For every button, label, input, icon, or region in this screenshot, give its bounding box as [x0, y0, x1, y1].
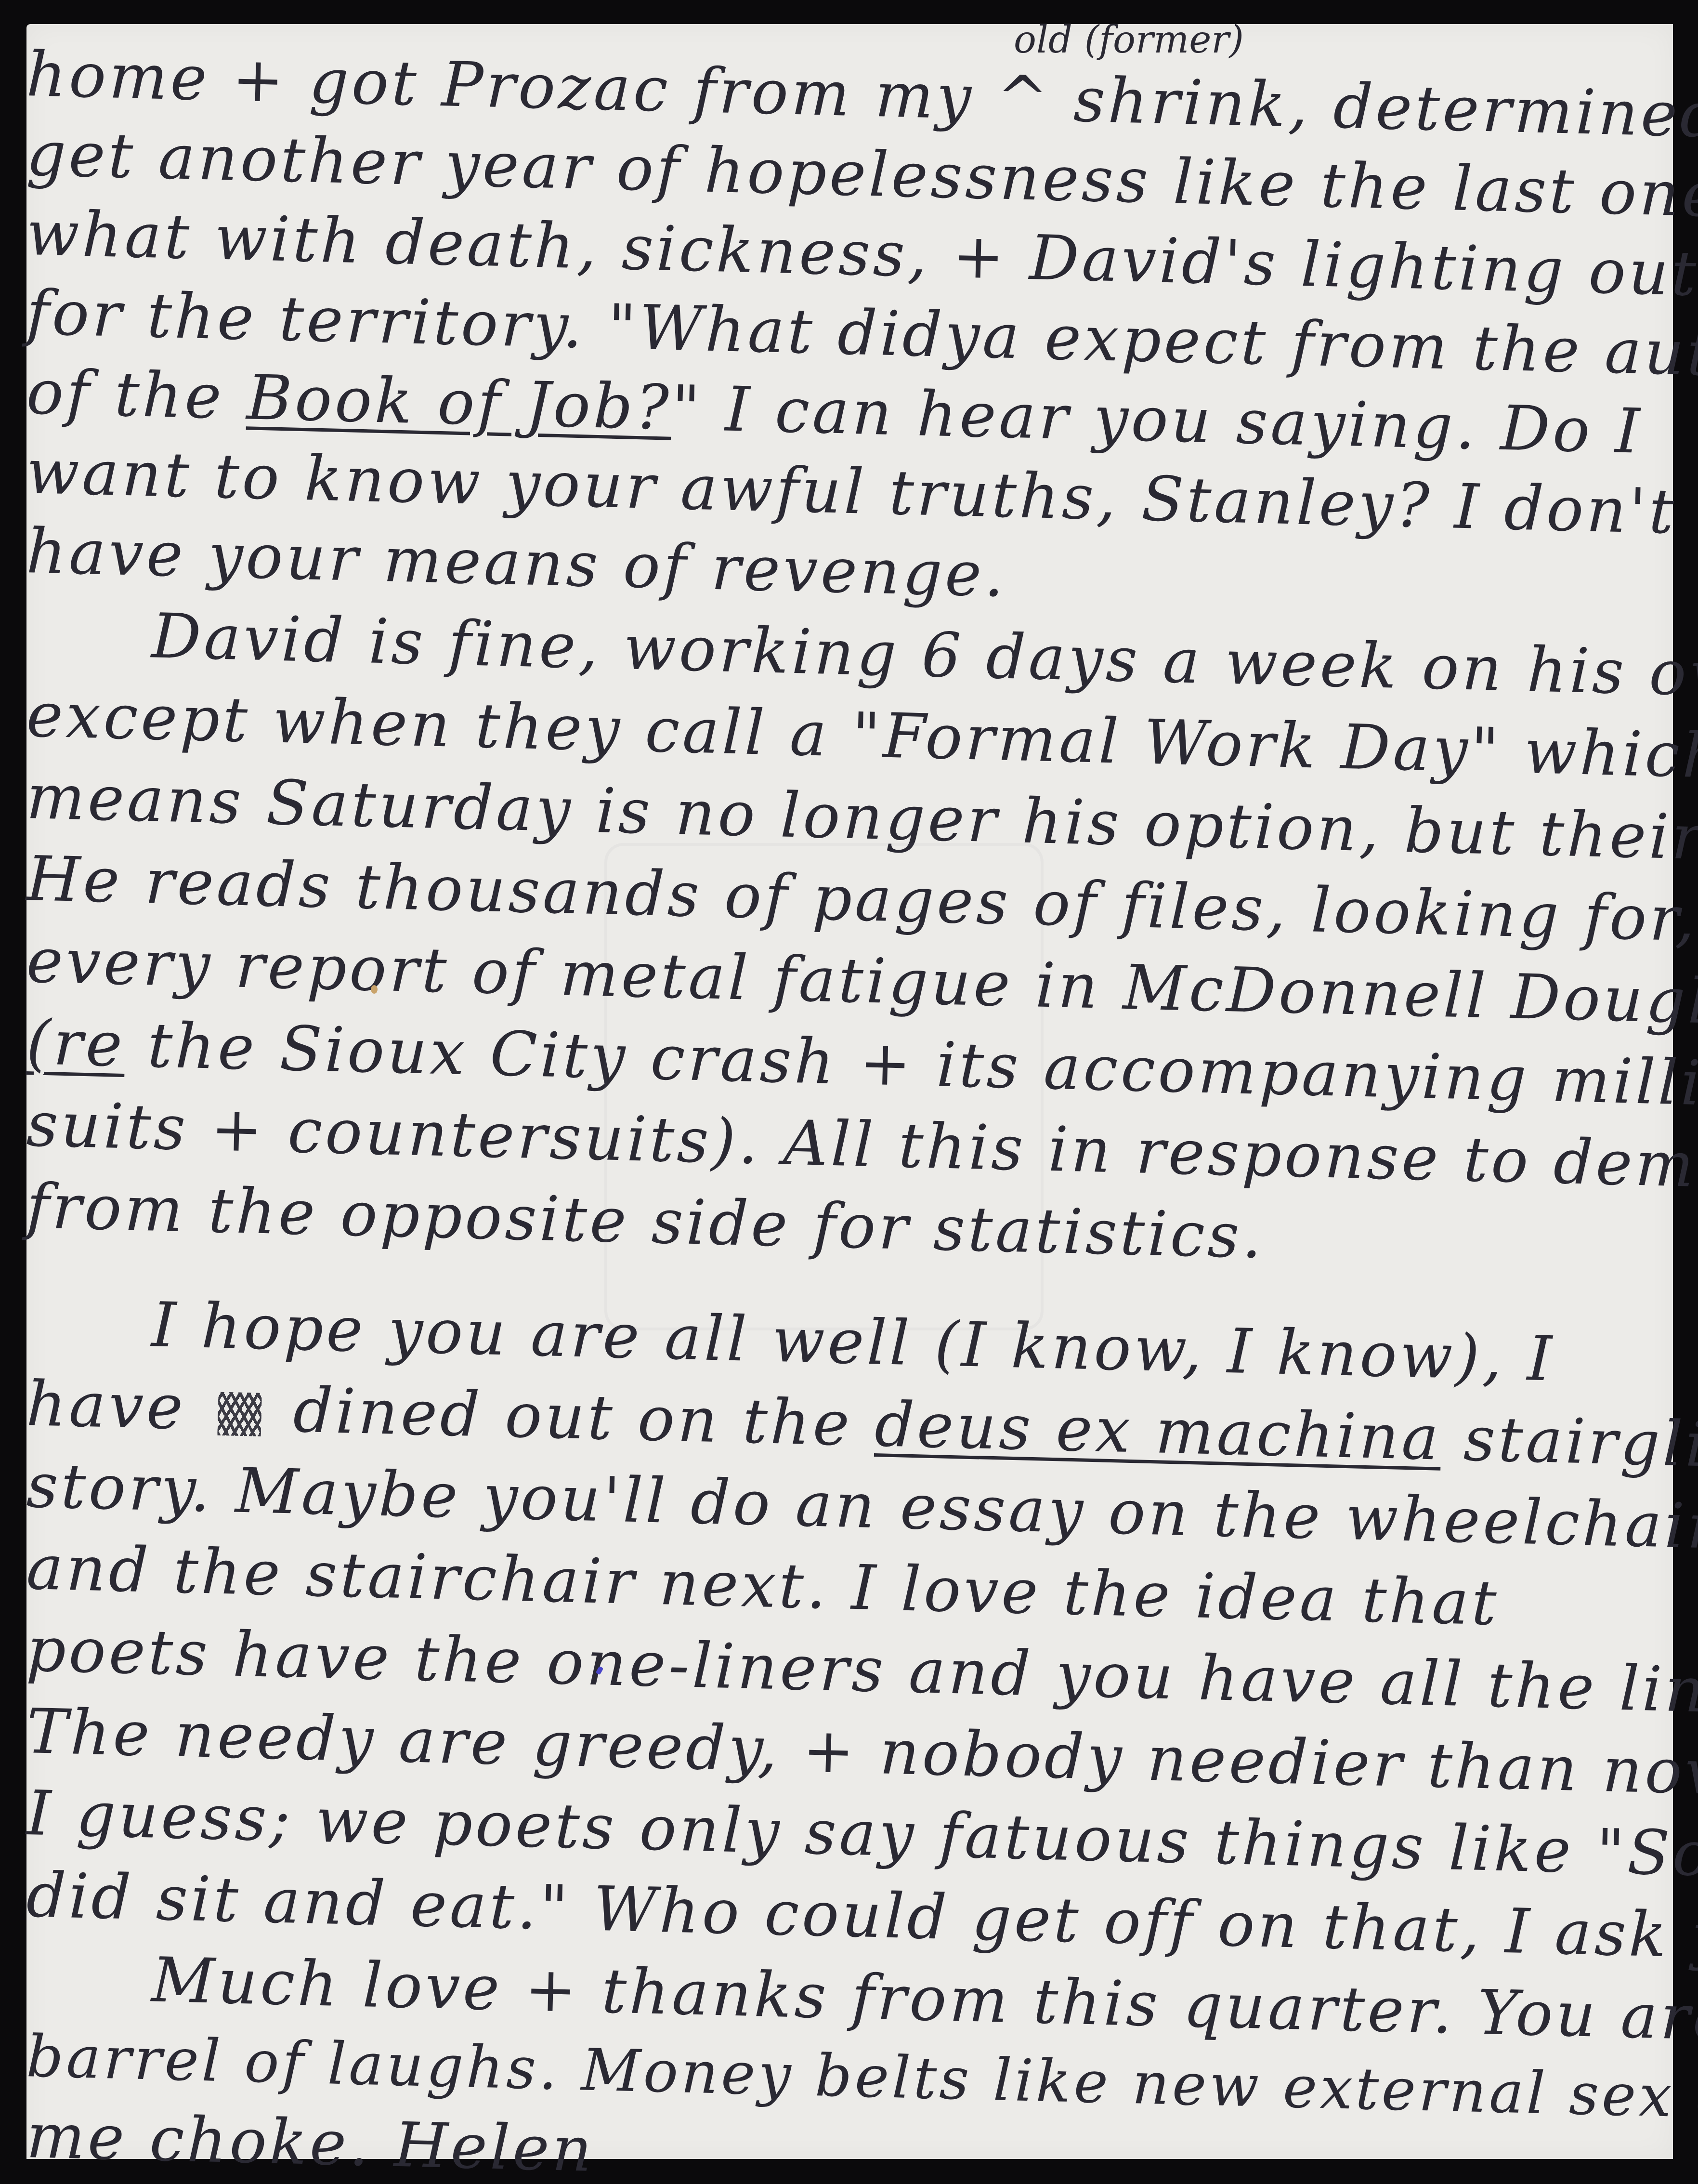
letter-page: old (former) home + got Prozac from my ^… [26, 24, 1673, 2159]
book-title-underlined: Book of Job? [246, 362, 672, 444]
letter-line-pre: of the [26, 356, 248, 434]
letter-line-26-signature: me choke. Helen [26, 2100, 595, 2184]
deus-ex-machina-underlined: deus ex machina [874, 1389, 1442, 1474]
signature: me choke. Helen [26, 2100, 595, 2184]
letter-line-pre: have [26, 1368, 209, 1444]
insertion-note: old (former) [1014, 18, 1244, 62]
crossed-out-word [217, 1392, 261, 1436]
paper-stain [371, 985, 378, 994]
letter-line-post2: stairglide [1440, 1403, 1698, 1483]
re-underlined: (re [26, 1007, 126, 1081]
letter-line-post: dined out on the [270, 1374, 876, 1460]
letter-line-7: have your means of revenge. [26, 515, 1007, 611]
letter-line-text: have your means of revenge. [26, 515, 1007, 611]
letter-line-post: " I can hear you saying. Do I [671, 372, 1644, 468]
